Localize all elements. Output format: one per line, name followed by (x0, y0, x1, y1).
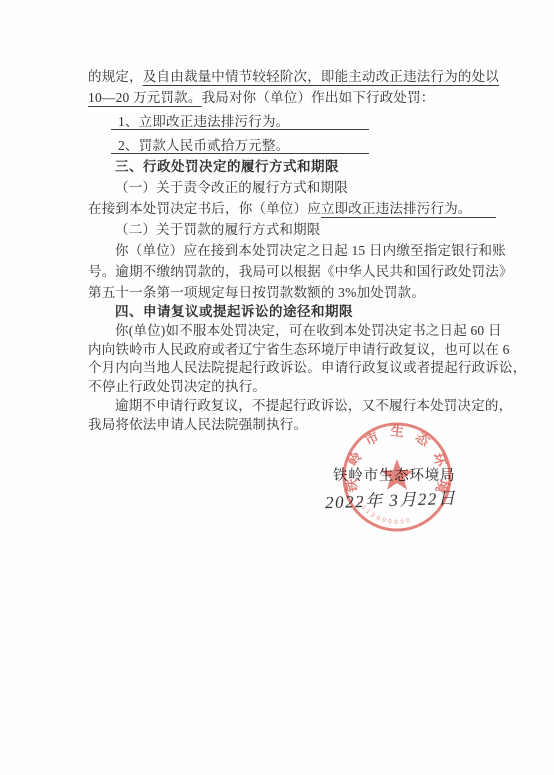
text-segment: 的规定， (88, 69, 143, 84)
text-line: 不停止行政处罚决定的执行。 (88, 378, 496, 397)
subsection-heading: （二）关于罚款的履行方式和期限 (88, 219, 496, 240)
text-line: 的规定，及自由裁量中情节较轻阶次，即能主动改正违法行为的处以 (88, 66, 496, 87)
text-line: 第五十一条第一项规定每日按罚款数额的 3%加处罚款。 (88, 282, 496, 303)
text-line: 个月内向当地人民法院提起行政诉讼。申请行政复议或者提起行政诉讼， (88, 359, 496, 378)
document-body: 的规定，及自由裁量中情节较轻阶次，即能主动改正违法行为的处以 10—20 万元罚… (88, 66, 496, 435)
document-page: 的规定，及自由裁量中情节较轻阶次，即能主动改正违法行为的处以 10—20 万元罚… (0, 0, 554, 775)
underlined-text: 1、立即改正违法排污行为。 (111, 111, 369, 130)
text-segment: 在接到本处罚决定书后，你（单位）应 (88, 198, 321, 217)
penalty-item-1: 1、立即改正违法排污行为。 (88, 111, 496, 132)
text-line: 号。逾期不缴纳罚款的，我局可以根据《中华人民共和国行政处罚法》 (88, 261, 496, 282)
seal-star-icon (381, 459, 413, 490)
underlined-text: 2、罚款人民币贰拾万元整。 (111, 135, 369, 154)
underlined-text: 及自由裁量中情节较轻阶次，即能主动改正违法行为的处以 (143, 69, 499, 84)
text-line: 你(单位)如不服本处罚决定，可在收到本处罚决定书之日起 60 日 (88, 322, 496, 341)
text-line: 内向铁岭市人民政府或者辽宁省生态环境厅申请行政复议，也可以在 6 (88, 341, 496, 360)
text-line: 你（单位）应在接到本处罚决定之日起 15 日内缴至指定银行和账 (88, 240, 496, 261)
text-line: 10—20 万元罚款。我局对你（单位）作出如下行政处罚： (88, 87, 496, 108)
section-heading-4: 四、申请复议或提起诉讼的途径和期限 (88, 303, 496, 322)
underlined-text: 立即改正违法排污行为。 (321, 198, 496, 218)
official-seal-stamp: 铁岭市生态环境局 2112000000 (339, 421, 457, 535)
text-segment: 我局对你（单位）作出如下行政处罚： (202, 90, 435, 105)
text-line: 在接到本处罚决定书后，你（单位）应立即改正违法排污行为。 (88, 198, 496, 219)
text-line: 逾期不申请行政复议，不提起行政诉讼，又不履行本处罚决定的， (88, 397, 496, 416)
penalty-item-2: 2、罚款人民币贰拾万元整。 (88, 135, 496, 156)
subsection-heading: （一）关于责令改正的履行方式和期限 (88, 177, 496, 198)
seal-code-text: 2112000000 (356, 500, 414, 526)
section-heading-3: 三、行政处罚决定的履行方式和期限 (88, 156, 496, 177)
underlined-text: 10—20 万元罚款。 (88, 90, 202, 105)
seal-code-text-wrap: 2112000000 (356, 500, 414, 526)
